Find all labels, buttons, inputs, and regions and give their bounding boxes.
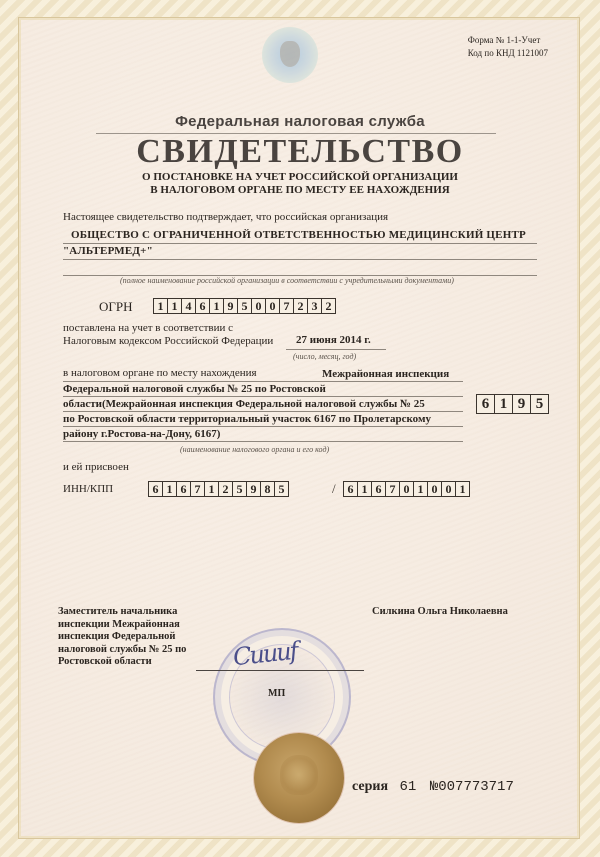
inn-digit: 8: [261, 482, 275, 496]
subtitle-line: В НАЛОГОВОМ ОРГАНЕ ПО МЕСТУ ЕЕ НАХОЖДЕНИ…: [0, 184, 600, 197]
signer-position-line: инспекции Межрайонная: [58, 619, 198, 632]
ogrn-digit: 9: [224, 299, 238, 313]
eagle-emboss-icon: [280, 755, 318, 795]
organization-name-line: "АЛЬТЕРМЕД+": [63, 243, 533, 259]
kpp-digit: 1: [456, 482, 469, 496]
serial-number: серия 61 №007773717: [352, 779, 514, 795]
inn-digit: 9: [247, 482, 261, 496]
document-subtitle: О ПОСТАНОВКЕ НА УЧЕТ РОССИЙСКОЙ ОРГАНИЗА…: [0, 171, 600, 197]
registration-date: 27 июня 2014 г.: [296, 334, 371, 346]
underline: [63, 426, 463, 427]
series-value: 61: [400, 779, 417, 795]
underline: [63, 381, 463, 382]
signer-position-line: Заместитель начальника: [58, 606, 198, 619]
kpp-digit: 0: [442, 482, 456, 496]
inn-cells: 6167125985: [148, 481, 289, 497]
date-hint: (число, месяц, год): [293, 352, 356, 361]
ogrn-digit: 6: [196, 299, 210, 313]
tax-code-digit: 6: [477, 395, 495, 413]
inn-digit: 1: [205, 482, 219, 496]
series-label: серия: [352, 779, 388, 794]
inn-kpp-separator: /: [332, 481, 336, 497]
stamp-place-label: МП: [268, 688, 285, 699]
organization-intro: Настоящее свидетельство подтверждает, чт…: [63, 211, 388, 223]
ogrn-label: ОГРН: [99, 299, 133, 315]
double-headed-eagle-icon: [280, 41, 300, 67]
underline: [63, 441, 463, 442]
signer-position-line: Ростовской области: [58, 656, 198, 669]
tax-authority-line: области(Межрайонная инспекция Федерально…: [63, 397, 463, 412]
registration-text: Налоговым кодексом Российской Федерации: [63, 335, 273, 347]
tax-authority-name: Межрайонная инспекция Федеральной налого…: [63, 367, 463, 442]
registration-text: поставлена на учет в соответствии с: [63, 322, 233, 334]
underline: [63, 243, 537, 244]
ogrn-digit: 4: [182, 299, 196, 313]
inn-digit: 6: [149, 482, 163, 496]
kpp-digit: 1: [358, 482, 372, 496]
ogrn-digit: 1: [154, 299, 168, 313]
ogrn-cells: 1146195007232: [153, 298, 336, 314]
kpp-digit: 0: [400, 482, 414, 496]
document-title: СВИДЕТЕЛЬСТВО: [0, 133, 600, 171]
ogrn-digit: 7: [280, 299, 294, 313]
certificate-number: №007773717: [430, 779, 514, 795]
tax-code-digit: 5: [531, 395, 548, 413]
ogrn-digit: 3: [308, 299, 322, 313]
kpp-cells: 616701001: [343, 481, 470, 497]
underline: [63, 411, 463, 412]
tax-authority-line: Федеральной налоговой службы № 25 по Рос…: [63, 382, 463, 397]
inn-digit: 5: [275, 482, 288, 496]
tax-authority-line: району г.Ростова-на-Дону, 6167): [63, 427, 463, 442]
tax-code-digit: 9: [513, 395, 531, 413]
signature-line: [196, 670, 364, 671]
signer-position-line: инспекция Федеральной: [58, 631, 198, 644]
underline: [286, 349, 386, 350]
ogrn-digit: 5: [238, 299, 252, 313]
ogrn-digit: 0: [252, 299, 266, 313]
kpp-digit: 6: [344, 482, 358, 496]
organization-name-hint: (полное наименование российской организа…: [120, 276, 454, 285]
inn-kpp-label: ИНН/КПП: [63, 483, 113, 495]
ogrn-digit: 0: [266, 299, 280, 313]
tax-authority-line: Межрайонная инспекция: [63, 367, 463, 382]
organization-name-line: ОБЩЕСТВО С ОГРАНИЧЕННОЙ ОТВЕТСТВЕННОСТЬЮ…: [63, 227, 533, 243]
knd-code: Код по КНД 1121007: [468, 47, 548, 60]
subtitle-line: О ПОСТАНОВКЕ НА УЧЕТ РОССИЙСКОЙ ОРГАНИЗА…: [0, 171, 600, 184]
gold-seal-icon: [254, 733, 344, 823]
assigned-label: и ей присвоен: [63, 461, 129, 473]
signer-position: Заместитель начальника инспекции Межрайо…: [58, 606, 198, 669]
underline: [63, 396, 463, 397]
tax-code-digit: 1: [495, 395, 513, 413]
kpp-digit: 0: [428, 482, 442, 496]
tax-authority-code-cells: 6195: [476, 394, 549, 414]
underline: [63, 259, 537, 260]
tax-authority-hint: (наименование налогового органа и его ко…: [180, 445, 329, 454]
inn-digit: 6: [177, 482, 191, 496]
tax-authority-line: по Ростовской области территориальный уч…: [63, 412, 463, 427]
ogrn-digit: 2: [294, 299, 308, 313]
signer-position-line: налоговой службы № 25 по: [58, 644, 198, 657]
signer-name: Силкина Ольга Николаевна: [372, 606, 508, 617]
ogrn-digit: 1: [210, 299, 224, 313]
inn-digit: 1: [163, 482, 177, 496]
ogrn-digit: 1: [168, 299, 182, 313]
kpp-digit: 7: [386, 482, 400, 496]
agency-name: Федеральная налоговая служба: [0, 113, 600, 130]
fns-emblem-icon: [262, 27, 318, 83]
form-number: Форма № 1-1-Учет: [468, 34, 548, 47]
ogrn-digit: 2: [322, 299, 335, 313]
inn-digit: 7: [191, 482, 205, 496]
form-meta: Форма № 1-1-Учет Код по КНД 1121007: [468, 34, 548, 60]
inn-digit: 5: [233, 482, 247, 496]
kpp-digit: 1: [414, 482, 428, 496]
inn-digit: 2: [219, 482, 233, 496]
kpp-digit: 6: [372, 482, 386, 496]
